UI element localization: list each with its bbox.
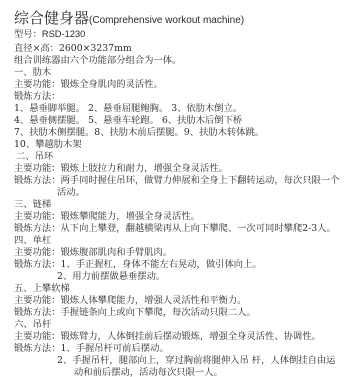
section-heading: 四、单杠: [14, 235, 359, 247]
section-heading: 三、链梯: [14, 199, 359, 211]
document: 综合健身器(Comprehensive workout machine) 型号：…: [14, 10, 359, 377]
method-item: 1、悬垂脚举腿。 2、悬垂屈腿鲍胸。 3、依肋木倒立。: [14, 103, 359, 115]
section-method-cont: 动和前后摆动，活动每次只限一人。: [14, 367, 359, 377]
section-heading: 六、吊杆: [14, 319, 359, 331]
section-function: 主要功能：锻炼臂力，人体倒挂前后摆动锻炼，增强全身灵活性、协调性。: [14, 331, 359, 343]
title-cn: 综合健身器: [14, 9, 89, 27]
section-method: 锻炼方法：从下向上攀登，翻越横梁再从上向下攀爬、一次可同时攀爬2-3人。: [14, 223, 359, 235]
section-function: 主要功能：锻炼上肢拉力和耐力，增强全身灵活性。: [14, 163, 359, 175]
section-method: 锻炼方法：1、手握吊杆可前后摆动。: [14, 343, 359, 355]
dimensions: 直径×高：2600×3237mm: [14, 43, 359, 55]
model-number: 型号：RSD-1230: [14, 28, 359, 40]
section-method-cont: 2、手握吊杆，腿部向上，穿过胸前将腿伸入吊 杆，人体倒挂自由运: [14, 355, 359, 367]
section-heading: 二、吊环: [14, 151, 359, 163]
method-item: 4、悬垂侧摆腿。 5、悬垂车轮跑。 6、扶肋木后倒下桥: [14, 115, 359, 127]
intro: 组合训练器由六个功能部分组合为一体。: [14, 55, 359, 67]
section-method-cont: 活动。: [14, 187, 359, 199]
section-method: 锻炼方法：1、手正握杠，身体不能左右晃动，做引体向上。: [14, 259, 359, 271]
page-title: 综合健身器(Comprehensive workout machine): [14, 10, 359, 28]
section-heading: 五、上攀软梯: [14, 283, 359, 295]
section-method: 锻炼方法：手握链条向上或向下攀爬，每次活动只限二人。: [14, 307, 359, 319]
section-method-label: 锻炼方法：: [14, 91, 359, 103]
section-method-cont: 2、用力前摆做悬垂摆动。: [14, 271, 359, 283]
section-heading: 一、肋木: [14, 67, 359, 79]
section-function: 主要功能：锻炼腹部肌肉和手臂肌肉。: [14, 247, 359, 259]
method-item: 10、攀越肋木架: [14, 139, 359, 151]
section-function: 主要功能：锻炼全身肌肉的灵活性。: [14, 79, 359, 91]
section-function: 主要功能：锻炼攀爬能力，增强全身灵活性。: [14, 211, 359, 223]
title-en: (Comprehensive workout machine): [89, 15, 244, 26]
method-item: 7、扶肋木侧摆腿。8、扶肋木前后摆腿。9、扶肋木转体跳。: [14, 127, 359, 139]
section-method: 锻炼方法：两手同时握住吊环，做臂力伸展和全身上下翻转运动，每次只限一个: [14, 175, 359, 187]
section-function: 主要功能：锻炼人体攀爬能力，增强人灵活性和平衡力。: [14, 295, 359, 307]
